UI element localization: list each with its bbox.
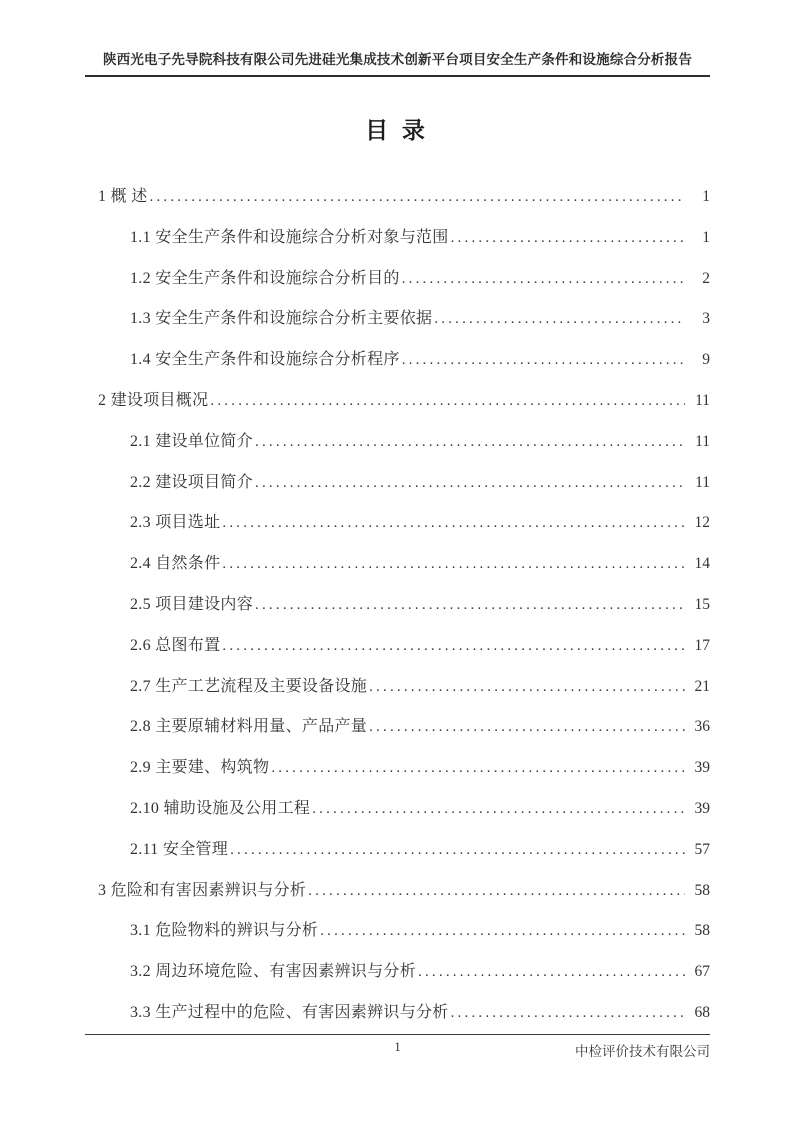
toc-dot-leader — [150, 177, 686, 218]
toc-dot-leader — [434, 299, 685, 340]
toc-entry[interactable]: 2.7 生产工艺流程及主要设备设施 21 — [85, 667, 710, 708]
toc-entry-label: 1.1 安全生产条件和设施综合分析对象与范围 — [130, 218, 449, 259]
toc-entry-label: 2.10 辅助设施及公用工程 — [130, 789, 310, 830]
toc-entry-page: 39 — [690, 748, 710, 789]
toc-dot-leader — [312, 789, 685, 830]
toc-entry[interactable]: 2.3 项目选址 12 — [85, 503, 710, 544]
toc-dot-leader — [271, 748, 685, 789]
toc-entry-label: 3 危险和有害因素辨识与分析 — [98, 871, 306, 912]
toc-entry[interactable]: 1.3 安全生产条件和设施综合分析主要依据 3 — [85, 299, 710, 340]
toc-entry-label: 2.7 生产工艺流程及主要设备设施 — [130, 667, 367, 708]
toc-entry-page: 11 — [690, 463, 710, 504]
toc-dot-leader — [402, 259, 685, 300]
toc-entry[interactable]: 2 建设项目概况 11 — [85, 381, 710, 422]
toc-entry[interactable]: 2.2 建设项目简介 11 — [85, 463, 710, 504]
toc-entry[interactable]: 3 危险和有害因素辨识与分析 58 — [85, 871, 710, 912]
toc-entry[interactable]: 3.3 生产过程中的危险、有害因素辨识与分析 68 — [85, 993, 710, 1034]
toc-entry[interactable]: 3.2 周边环境危险、有害因素辨识与分析 67 — [85, 952, 710, 993]
toc-entry[interactable]: 2.4 自然条件 14 — [85, 544, 710, 585]
toc-entry-label: 3.2 周边环境危险、有害因素辨识与分析 — [130, 952, 416, 993]
toc-entry-label: 2.4 自然条件 — [130, 544, 220, 585]
toc-entry-page: 11 — [690, 381, 710, 422]
toc-dot-leader — [222, 626, 685, 667]
toc-title: 目 录 — [0, 112, 794, 145]
toc-entry-label: 2 建设项目概况 — [98, 381, 208, 422]
toc-entry[interactable]: 3.1 危险物料的辨识与分析 58 — [85, 911, 710, 952]
toc-entry-page: 36 — [690, 707, 710, 748]
toc-entry-page: 58 — [690, 911, 710, 952]
toc-entry-page: 67 — [690, 952, 710, 993]
toc-entry-label: 1.3 安全生产条件和设施综合分析主要依据 — [130, 299, 432, 340]
toc-entry[interactable]: 2.5 项目建设内容 15 — [85, 585, 710, 626]
toc-entry-page: 39 — [690, 789, 710, 830]
toc-dot-leader — [222, 503, 685, 544]
toc-entry[interactable]: 2.10 辅助设施及公用工程 39 — [85, 789, 710, 830]
document-page: 陕西光电子先导院科技有限公司先进硅光集成技术创新平台项目安全生产条件和设施综合分… — [0, 0, 794, 1123]
toc-list: 1 概 述 1 1.1 安全生产条件和设施综合分析对象与范围 1 1.2 安全生… — [85, 177, 710, 1034]
toc-entry-page: 21 — [690, 667, 710, 708]
toc-dot-leader — [320, 911, 685, 952]
toc-dot-leader — [230, 830, 685, 871]
toc-entry-label: 1.2 安全生产条件和设施综合分析目的 — [130, 259, 400, 300]
toc-dot-leader — [451, 218, 685, 259]
toc-entry-label: 2.5 项目建设内容 — [130, 585, 253, 626]
toc-entry-page: 12 — [690, 503, 710, 544]
toc-entry-label: 2.11 安全管理 — [130, 830, 228, 871]
toc-dot-leader — [255, 422, 685, 463]
toc-entry-label: 1.4 安全生产条件和设施综合分析程序 — [130, 340, 400, 381]
toc-dot-leader — [369, 707, 685, 748]
toc-dot-leader — [369, 667, 685, 708]
toc-entry-page: 57 — [690, 830, 710, 871]
toc-entry[interactable]: 2.9 主要建、构筑物 39 — [85, 748, 710, 789]
toc-entry[interactable]: 2.8 主要原辅材料用量、产品产量 36 — [85, 707, 710, 748]
toc-entry-page: 2 — [690, 259, 710, 300]
toc-entry-page: 1 — [690, 177, 710, 218]
toc-dot-leader — [222, 544, 685, 585]
toc-entry-page: 17 — [690, 626, 710, 667]
toc-entry-label: 3.1 危险物料的辨识与分析 — [130, 911, 318, 952]
toc-entry-label: 1 概 述 — [98, 177, 148, 218]
toc-entry[interactable]: 2.1 建设单位简介 11 — [85, 422, 710, 463]
toc-entry[interactable]: 1.1 安全生产条件和设施综合分析对象与范围 1 — [85, 218, 710, 259]
toc-dot-leader — [418, 952, 685, 993]
toc-entry-page: 14 — [690, 544, 710, 585]
toc-entry-page: 3 — [690, 299, 710, 340]
toc-entry-label: 2.1 建设单位简介 — [130, 422, 253, 463]
toc-entry-label: 2.2 建设项目简介 — [130, 463, 253, 504]
page-footer: 1 中检评价技术有限公司 — [85, 1039, 710, 1059]
toc-entry[interactable]: 2.11 安全管理 57 — [85, 830, 710, 871]
toc-entry-page: 9 — [690, 340, 710, 381]
toc-dot-leader — [451, 993, 685, 1034]
toc-entry-page: 1 — [690, 218, 710, 259]
toc-entry-page: 58 — [690, 871, 710, 912]
running-header: 陕西光电子先导院科技有限公司先进硅光集成技术创新平台项目安全生产条件和设施综合分… — [85, 48, 710, 77]
toc-entry-page: 15 — [690, 585, 710, 626]
toc-entry[interactable]: 1.4 安全生产条件和设施综合分析程序 9 — [85, 340, 710, 381]
toc-entry-label: 3.3 生产过程中的危险、有害因素辨识与分析 — [130, 993, 449, 1034]
toc-dot-leader — [210, 381, 685, 422]
toc-entry[interactable]: 1.2 安全生产条件和设施综合分析目的 2 — [85, 259, 710, 300]
toc-dot-leader — [402, 340, 685, 381]
toc-entry-label: 2.6 总图布置 — [130, 626, 220, 667]
footer-company-name: 中检评价技术有限公司 — [575, 1040, 710, 1060]
toc-entry-label: 2.9 主要建、构筑物 — [130, 748, 269, 789]
toc-entry-label: 2.3 项目选址 — [130, 503, 220, 544]
toc-dot-leader — [255, 463, 685, 504]
toc-dot-leader — [255, 585, 685, 626]
toc-entry[interactable]: 2.6 总图布置 17 — [85, 626, 710, 667]
footer-rule — [85, 1034, 710, 1035]
toc-entry-label: 2.8 主要原辅材料用量、产品产量 — [130, 707, 367, 748]
toc-entry-page: 11 — [690, 422, 710, 463]
toc-entry-page: 68 — [690, 993, 710, 1034]
toc-entry[interactable]: 1 概 述 1 — [85, 177, 710, 218]
toc-dot-leader — [308, 871, 685, 912]
